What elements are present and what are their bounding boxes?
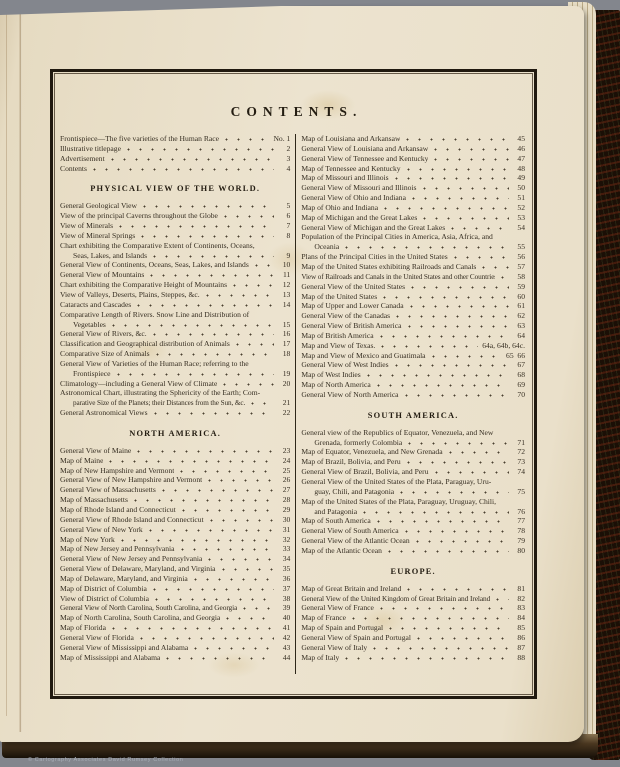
toc-row: General View of Varieties of the Human R… (60, 359, 290, 369)
page-fold-crease (19, 10, 22, 732)
toc-row: General View of Delaware, Maryland, and … (60, 564, 290, 574)
toc-page-number: 38 (278, 594, 290, 604)
toc-entry-text: Map of Michigan and the Great Lakes (301, 213, 417, 223)
toc-row: Map of New Hampshire and Vermont25 (60, 466, 290, 476)
toc-page-number: 54 (513, 223, 525, 233)
toc-entry-text: Map of the United States exhibiting Rail… (301, 262, 476, 272)
toc-row: Chart exhibiting the Comparative Height … (60, 280, 290, 290)
toc-row: Map of British America64 (301, 331, 525, 341)
dot-leader (482, 263, 509, 269)
toc-row: General View of New Jersey and Pennsylva… (60, 554, 290, 564)
toc-entry-text: Advertisement (60, 154, 105, 164)
toc-row: Map of New Jersey and Pennsylvania33 (60, 544, 290, 554)
dot-leader (411, 283, 509, 289)
contents-column-left: Frontispiece—The five varieties of the H… (60, 134, 295, 674)
toc-page-number: 51 (513, 193, 525, 203)
contents-border-inner-rule: CONTENTS. Frontispiece—The five varietie… (54, 73, 533, 695)
toc-entry-text: Population of the Principal Cities in Am… (301, 232, 525, 242)
toc-page-number: 34 (278, 554, 290, 564)
toc-entry-text: Map of British America (301, 331, 373, 341)
dot-leader (405, 391, 509, 397)
toc-row: General View of Mountains11 (60, 270, 290, 280)
toc-entry-text: General View of North America (301, 390, 398, 400)
toc-row: View of Minerals7 (60, 221, 290, 231)
dot-leader (373, 644, 509, 650)
toc-entry-text: General View of the Atlantic Ocean (301, 536, 409, 546)
dot-leader (408, 439, 509, 445)
toc-page-number: 31 (278, 525, 290, 535)
dot-leader (166, 654, 274, 660)
dot-leader (451, 224, 509, 230)
toc-row: General View of Tennessee and Kentucky47 (301, 154, 525, 164)
dot-leader (384, 204, 509, 210)
toc-page-number: 75 (513, 487, 525, 497)
toc-entry-text: View of Mineral Springs (60, 231, 135, 241)
toc-row: parative Size of the Planets; their Dist… (60, 398, 290, 408)
toc-entry-text: Climatology—including a General View of … (60, 379, 217, 389)
toc-page-number: 50 (513, 183, 525, 193)
toc-row: Map of Great Britain and Ireland81 (301, 584, 525, 594)
dot-leader (410, 302, 509, 308)
dot-leader (210, 516, 275, 522)
toc-entry-text: Map of the United States of the Plata, P… (301, 497, 525, 507)
toc-row: General view of the Republics of Equator… (301, 428, 525, 438)
dot-leader (496, 595, 509, 601)
toc-page-number: 65 66 (506, 351, 525, 361)
toc-entry-text: Illustrative titlepage (60, 144, 121, 154)
toc-entry-text: Map of Louisiana and Arkansaw (301, 134, 400, 144)
dot-leader (400, 488, 509, 494)
toc-row: General View of Florida42 (60, 633, 290, 643)
toc-row: General View of Rivers, &c.16 (60, 329, 290, 339)
page-title: CONTENTS. (55, 104, 532, 120)
toc-page-number: 12 (278, 280, 290, 290)
toc-entry-text: Map and View of Texas. (301, 341, 375, 351)
dot-leader (345, 654, 509, 660)
toc-page-number: 55 (513, 242, 525, 252)
toc-row: General View of South America78 (301, 526, 525, 536)
toc-entry-text: General View of Varieties of the Human R… (60, 359, 290, 369)
toc-entry-text: General View of Michigan and the Great L… (301, 223, 445, 233)
toc-page-number: 23 (278, 446, 290, 456)
toc-page-number: 8 (278, 231, 290, 241)
section-header: SOUTH AMERICA. (301, 411, 525, 420)
toc-entry-text: Map of West Indies (301, 370, 360, 380)
toc-entry-text: Map of Brazil, Bolivia, and Peru (301, 457, 400, 467)
toc-entry-text: General View of Ohio and Indiana (301, 193, 406, 203)
dot-leader (140, 634, 274, 640)
toc-row: Map of the United States60 (301, 292, 525, 302)
toc-page-number: 59 (513, 282, 525, 292)
toc-row: Map of Florida41 (60, 623, 290, 633)
dot-leader (405, 527, 509, 533)
toc-entry-text: General View of France (301, 603, 374, 613)
toc-row: General View of the Atlantic Ocean79 (301, 536, 525, 546)
toc-row: General View of Spain and Portugal86 (301, 633, 525, 643)
toc-row: Map of Maine24 (60, 456, 290, 466)
page-left-edge-line (6, 14, 7, 716)
toc-page-number: 84 (513, 613, 525, 623)
dot-leader (156, 350, 275, 356)
toc-page-number: 72 (513, 447, 525, 457)
dot-leader (407, 585, 509, 591)
toc-entry-text: Map of Spain and Portugal (301, 623, 383, 633)
toc-page-number: 71 (513, 438, 525, 448)
dot-leader (345, 243, 509, 249)
toc-row: General View of Rhode Island and Connect… (60, 515, 290, 525)
dot-leader (407, 458, 509, 464)
dot-leader (412, 194, 509, 200)
toc-page-number: 3 (278, 154, 290, 164)
toc-row: General View of New York31 (60, 525, 290, 535)
toc-row: Map of Massachusetts28 (60, 495, 290, 505)
dot-leader (432, 352, 502, 358)
toc-row: Map and View of Texas.64a, 64b, 64c. (301, 341, 525, 351)
toc-entry-text: Map of Ohio and Indiana (301, 203, 378, 213)
toc-row: General View of France83 (301, 603, 525, 613)
toc-entry-text: Map of New Jersey and Pennsylvania (60, 544, 175, 554)
toc-entry-text: Map of Equator, Venezuela, and New Grena… (301, 447, 442, 457)
toc-page-number: 47 (513, 154, 525, 164)
toc-row: Map of Delaware, Maryland, and Virginia3… (60, 574, 290, 584)
toc-page-number: 36 (278, 574, 290, 584)
toc-page-number: 56 (513, 252, 525, 262)
toc-entry-text: Map of Florida (60, 623, 106, 633)
toc-row: General View of the United States59 (301, 282, 525, 292)
dot-leader (153, 330, 275, 336)
dot-leader (380, 604, 509, 610)
toc-entry-text: Vegetables (60, 320, 106, 330)
toc-page-number: 21 (278, 398, 290, 408)
toc-entry-text: Grenada, formerly Colombia (301, 438, 402, 448)
section-header: PHYSICAL VIEW OF THE WORLD. (60, 184, 290, 193)
toc-entry-text: Contents (60, 164, 87, 174)
dot-leader (224, 212, 274, 218)
toc-page-number: 73 (513, 457, 525, 467)
toc-entry-text: View of Valleys, Deserts, Plains, Steppe… (60, 290, 200, 300)
scan-credit-text: © Cartography Associates David Rumsey Co… (28, 757, 183, 763)
toc-entry-text: Map of Massachusetts (60, 495, 128, 505)
toc-entry-text: Map of Italy (301, 653, 339, 663)
toc-page-number: 14 (278, 300, 290, 310)
toc-page-number: 87 (513, 643, 525, 653)
toc-row: General View of West Indies67 (301, 360, 525, 370)
toc-row: Map of Equator, Venezuela, and New Grena… (301, 447, 525, 457)
toc-row: Map of South America77 (301, 516, 525, 526)
dot-leader (112, 321, 274, 327)
toc-page-number: 37 (278, 584, 290, 594)
toc-page-number: 88 (513, 653, 525, 663)
toc-entry-text: General View of New Hampshire and Vermon… (60, 475, 202, 485)
toc-row: Seas, Lakes, and Islands9 (60, 251, 290, 261)
toc-entry-text: General View of Delaware, Maryland, and … (60, 564, 216, 574)
dot-leader (236, 340, 275, 346)
dot-leader (153, 252, 274, 258)
dot-leader (416, 537, 509, 543)
toc-page-number: 9 (278, 251, 290, 261)
toc-entry-text: Cataracts and Cascades (60, 300, 131, 310)
dot-leader (181, 545, 275, 551)
toc-page-number: 42 (278, 633, 290, 643)
dot-leader (194, 575, 275, 581)
section-header: EUROPE. (301, 567, 525, 576)
toc-page-number: 13 (278, 290, 290, 300)
toc-page-number: 81 (513, 584, 525, 594)
toc-page-number: 22 (278, 408, 290, 418)
dot-leader (109, 457, 274, 463)
contents-column-right: Map of Louisiana and Arkansaw45General V… (295, 134, 527, 674)
toc-page-number: 86 (513, 633, 525, 643)
toc-entry-text: Plans of the Principal Cities in the Uni… (301, 252, 447, 262)
toc-row: General View of Missouri and Illinois50 (301, 183, 525, 193)
contents-border-frame: CONTENTS. Frontispiece—The five varietie… (50, 69, 537, 699)
toc-entry-text: Classification and Geographical distribu… (60, 339, 230, 349)
toc-page-number: 15 (278, 320, 290, 330)
toc-row: General View of Brazil, Bolivia, and Per… (301, 467, 525, 477)
toc-entry-text: General View of New York (60, 525, 143, 535)
toc-entry-text: Map of South America (301, 516, 370, 526)
dot-leader (454, 253, 509, 259)
toc-page-number: 19 (278, 369, 290, 379)
toc-entry-text: General View of Mountains (60, 270, 144, 280)
toc-page-number: 40 (278, 613, 290, 623)
toc-row: General View of Michigan and the Great L… (301, 223, 525, 233)
toc-row: Frontispiece19 (60, 369, 290, 379)
toc-row: Map of West Indies68 (301, 370, 525, 380)
dot-leader (434, 145, 509, 151)
toc-row: Comparative Size of Animals18 (60, 349, 290, 359)
dot-leader (380, 332, 509, 338)
dot-leader (501, 273, 509, 279)
toc-page-number: 29 (278, 505, 290, 515)
dot-leader (243, 604, 274, 610)
dot-leader (154, 409, 275, 415)
dot-leader (352, 614, 509, 620)
dot-leader (180, 467, 274, 473)
toc-row: Map of North America69 (301, 380, 525, 390)
dot-leader (225, 135, 269, 141)
toc-page-number: 46 (513, 144, 525, 154)
toc-row: and Patagonia76 (301, 507, 525, 517)
dot-leader (395, 174, 509, 180)
toc-entry-text: Map of France (301, 613, 346, 623)
toc-row: Map of the Atlantic Ocean80 (301, 546, 525, 556)
dot-leader (208, 555, 274, 561)
toc-page-number: 5 (278, 201, 290, 211)
toc-page-number: 39 (278, 603, 290, 613)
toc-page-number: 27 (278, 485, 290, 495)
toc-entry-text: Map of Mississippi and Alabama (60, 653, 160, 663)
toc-row: Grenada, formerly Colombia71 (301, 438, 525, 448)
toc-page-number: 10 (278, 260, 290, 270)
toc-entry-text: Frontispiece—The five varieties of the H… (60, 134, 219, 144)
toc-entry-text: General View of Rivers, &c. (60, 329, 147, 339)
dot-leader (377, 381, 509, 387)
dot-leader (155, 595, 274, 601)
toc-row: General View of Maine23 (60, 446, 290, 456)
dot-leader (223, 380, 274, 386)
toc-page-number: 60 (513, 292, 525, 302)
toc-entry-text: View of Minerals (60, 221, 113, 231)
dot-leader (117, 370, 275, 376)
toc-row: General Astronomical Views22 (60, 408, 290, 418)
section-header: NORTH AMERICA. (60, 429, 290, 438)
dot-leader (449, 448, 509, 454)
toc-row: Map of District of Columbia37 (60, 584, 290, 594)
dot-leader (435, 468, 509, 474)
toc-page-number: 64a, 64b, 64c. (482, 341, 525, 351)
toc-entry-text: Chart exhibiting the Comparative Extent … (60, 241, 290, 251)
toc-page-number: 4 (278, 164, 290, 174)
toc-page-number: 17 (278, 339, 290, 349)
toc-entry-text: View of the principal Caverns throughout… (60, 211, 218, 221)
dot-leader (406, 135, 509, 141)
toc-row: Map of Michigan and the Great Lakes53 (301, 213, 525, 223)
toc-page-number: 64 (513, 331, 525, 341)
dot-leader (134, 496, 274, 502)
toc-row: Climatology—including a General View of … (60, 379, 290, 389)
toc-page-number: 70 (513, 390, 525, 400)
toc-entry-text: Chart exhibiting the Comparative Height … (60, 280, 227, 290)
toc-entry-text: General View of New Jersey and Pennsylva… (60, 554, 202, 564)
toc-row: General View of Ohio and Indiana51 (301, 193, 525, 203)
toc-entry-text: General View of Massachusetts (60, 485, 156, 495)
toc-entry-text: General View of Florida (60, 633, 134, 643)
dot-leader (363, 508, 509, 514)
toc-entry-text: Comparative Size of Animals (60, 349, 150, 359)
dot-leader (434, 155, 509, 161)
toc-row: Contents4 (60, 164, 290, 174)
toc-page-number: 77 (513, 516, 525, 526)
toc-row: Chart exhibiting the Comparative Extent … (60, 241, 290, 251)
toc-row: Oceania55 (301, 242, 525, 252)
dot-leader (112, 624, 274, 630)
toc-entry-text: General View of North Carolina, South Ca… (60, 603, 237, 613)
dot-leader (417, 634, 509, 640)
toc-row: General View of the Canadas62 (301, 311, 525, 321)
toc-row: Map of Italy88 (301, 653, 525, 663)
toc-entry-text: Oceania (301, 242, 339, 252)
toc-entry-text: General View of Mississippi and Alabama (60, 643, 188, 653)
dot-leader (388, 547, 509, 553)
toc-row: General View of the United Kingdom of Gr… (301, 594, 525, 604)
contents-columns: Frontispiece—The five varieties of the H… (55, 134, 532, 674)
dot-leader (137, 447, 274, 453)
toc-page-number: 26 (278, 475, 290, 485)
toc-page-number: 79 (513, 536, 525, 546)
toc-page-number: 63 (513, 321, 525, 331)
toc-entry-text: General View of Missouri and Illinois (301, 183, 416, 193)
dot-leader (127, 145, 274, 151)
toc-row: Population of the Principal Cities in Am… (301, 232, 525, 242)
toc-entry-text: and Patagonia (301, 507, 357, 517)
toc-page-number: 82 (513, 594, 525, 604)
dot-leader (222, 565, 275, 571)
dot-leader (143, 202, 274, 208)
toc-entry-text: General View of Italy (301, 643, 367, 653)
toc-entry-text: General View of Rhode Island and Connect… (60, 515, 204, 525)
toc-entry-text: General View of Maine (60, 446, 131, 456)
toc-page-number: 80 (513, 546, 525, 556)
dot-leader (119, 222, 274, 228)
toc-row: Frontispiece—The five varieties of the H… (60, 134, 290, 144)
toc-page-number: 18 (278, 349, 290, 359)
toc-entry-text: guay, Chili, and Patagonia (301, 487, 394, 497)
dot-leader (149, 526, 275, 532)
toc-row: Map of Tennessee and Kentucky48 (301, 164, 525, 174)
toc-row: Map of Missouri and Illinois49 (301, 173, 525, 183)
toc-page-number: 35 (278, 564, 290, 574)
toc-entry-text: Map of District of Columbia (60, 584, 147, 594)
atlas-contents-page: CONTENTS. Frontispiece—The five varietie… (0, 6, 584, 742)
toc-entry-text: Map and View of Mexico and Guatimala (301, 351, 425, 361)
toc-entry-text: Map of North America (301, 380, 370, 390)
toc-row: Map of Mississippi and Alabama44 (60, 653, 290, 663)
dot-leader (121, 536, 274, 542)
toc-row: View of Valleys, Deserts, Plains, Steppe… (60, 290, 290, 300)
toc-row: General View of Italy87 (301, 643, 525, 653)
toc-page-number: 78 (513, 526, 525, 536)
toc-row: Map of Brazil, Bolivia, and Peru73 (301, 457, 525, 467)
toc-row: General View of Louisiana and Arkansaw46 (301, 144, 525, 154)
toc-page-number: 24 (278, 456, 290, 466)
toc-entry-text: Map of Maine (60, 456, 103, 466)
dot-leader (208, 476, 274, 482)
dot-leader (255, 261, 275, 267)
toc-page-number: 43 (278, 643, 290, 653)
toc-row: General View of Massachusetts27 (60, 485, 290, 495)
toc-page-number: 48 (513, 164, 525, 174)
toc-row: General View of the United States of the… (301, 477, 525, 487)
scanned-book-photo: CONTENTS. Frontispiece—The five varietie… (0, 0, 620, 767)
dot-leader (162, 486, 275, 492)
toc-row: Map of Louisiana and Arkansaw45 (301, 134, 525, 144)
toc-entry-text: Map of Delaware, Maryland, and Virginia (60, 574, 188, 584)
toc-row: Map of the United States of the Plata, P… (301, 497, 525, 507)
toc-row: Map of New York32 (60, 535, 290, 545)
toc-entry-text: Map of North Carolina, South Carolina, a… (60, 613, 220, 623)
toc-entry-text: General View of Louisiana and Arkansaw (301, 144, 428, 154)
toc-page-number: 83 (513, 603, 525, 613)
toc-row: Map of France84 (301, 613, 525, 623)
toc-page-number: 45 (513, 134, 525, 144)
toc-page-number: 33 (278, 544, 290, 554)
toc-entry-text: Frontispiece (60, 369, 111, 379)
toc-row: Comparative Length of Rivers. Snow Line … (60, 310, 290, 320)
dot-leader (381, 342, 478, 348)
toc-page-number: 61 (513, 301, 525, 311)
toc-row: View of the principal Caverns throughout… (60, 211, 290, 221)
toc-row: Map of Spain and Portugal85 (301, 623, 525, 633)
toc-row: Astronomical Chart, illustrating the Sph… (60, 388, 290, 398)
toc-row: Map of the United States exhibiting Rail… (301, 262, 525, 272)
toc-row: General View of British America63 (301, 321, 525, 331)
toc-page-number: 57 (513, 262, 525, 272)
toc-row: Plans of the Principal Cities in the Uni… (301, 252, 525, 262)
toc-page-number: 85 (513, 623, 525, 633)
toc-entry-text: General View of the Canadas (301, 311, 390, 321)
toc-page-number: 74 (513, 467, 525, 477)
dot-leader (206, 291, 275, 297)
toc-page-number: 32 (278, 535, 290, 545)
dot-leader (93, 165, 274, 171)
toc-entry-text: General View of Spain and Portugal (301, 633, 411, 643)
toc-entry-text: General Astronomical Views (60, 408, 148, 418)
dot-leader (182, 506, 275, 512)
toc-page-number: 58 (513, 272, 525, 282)
toc-page-number: 2 (278, 144, 290, 154)
dot-leader (194, 644, 274, 650)
